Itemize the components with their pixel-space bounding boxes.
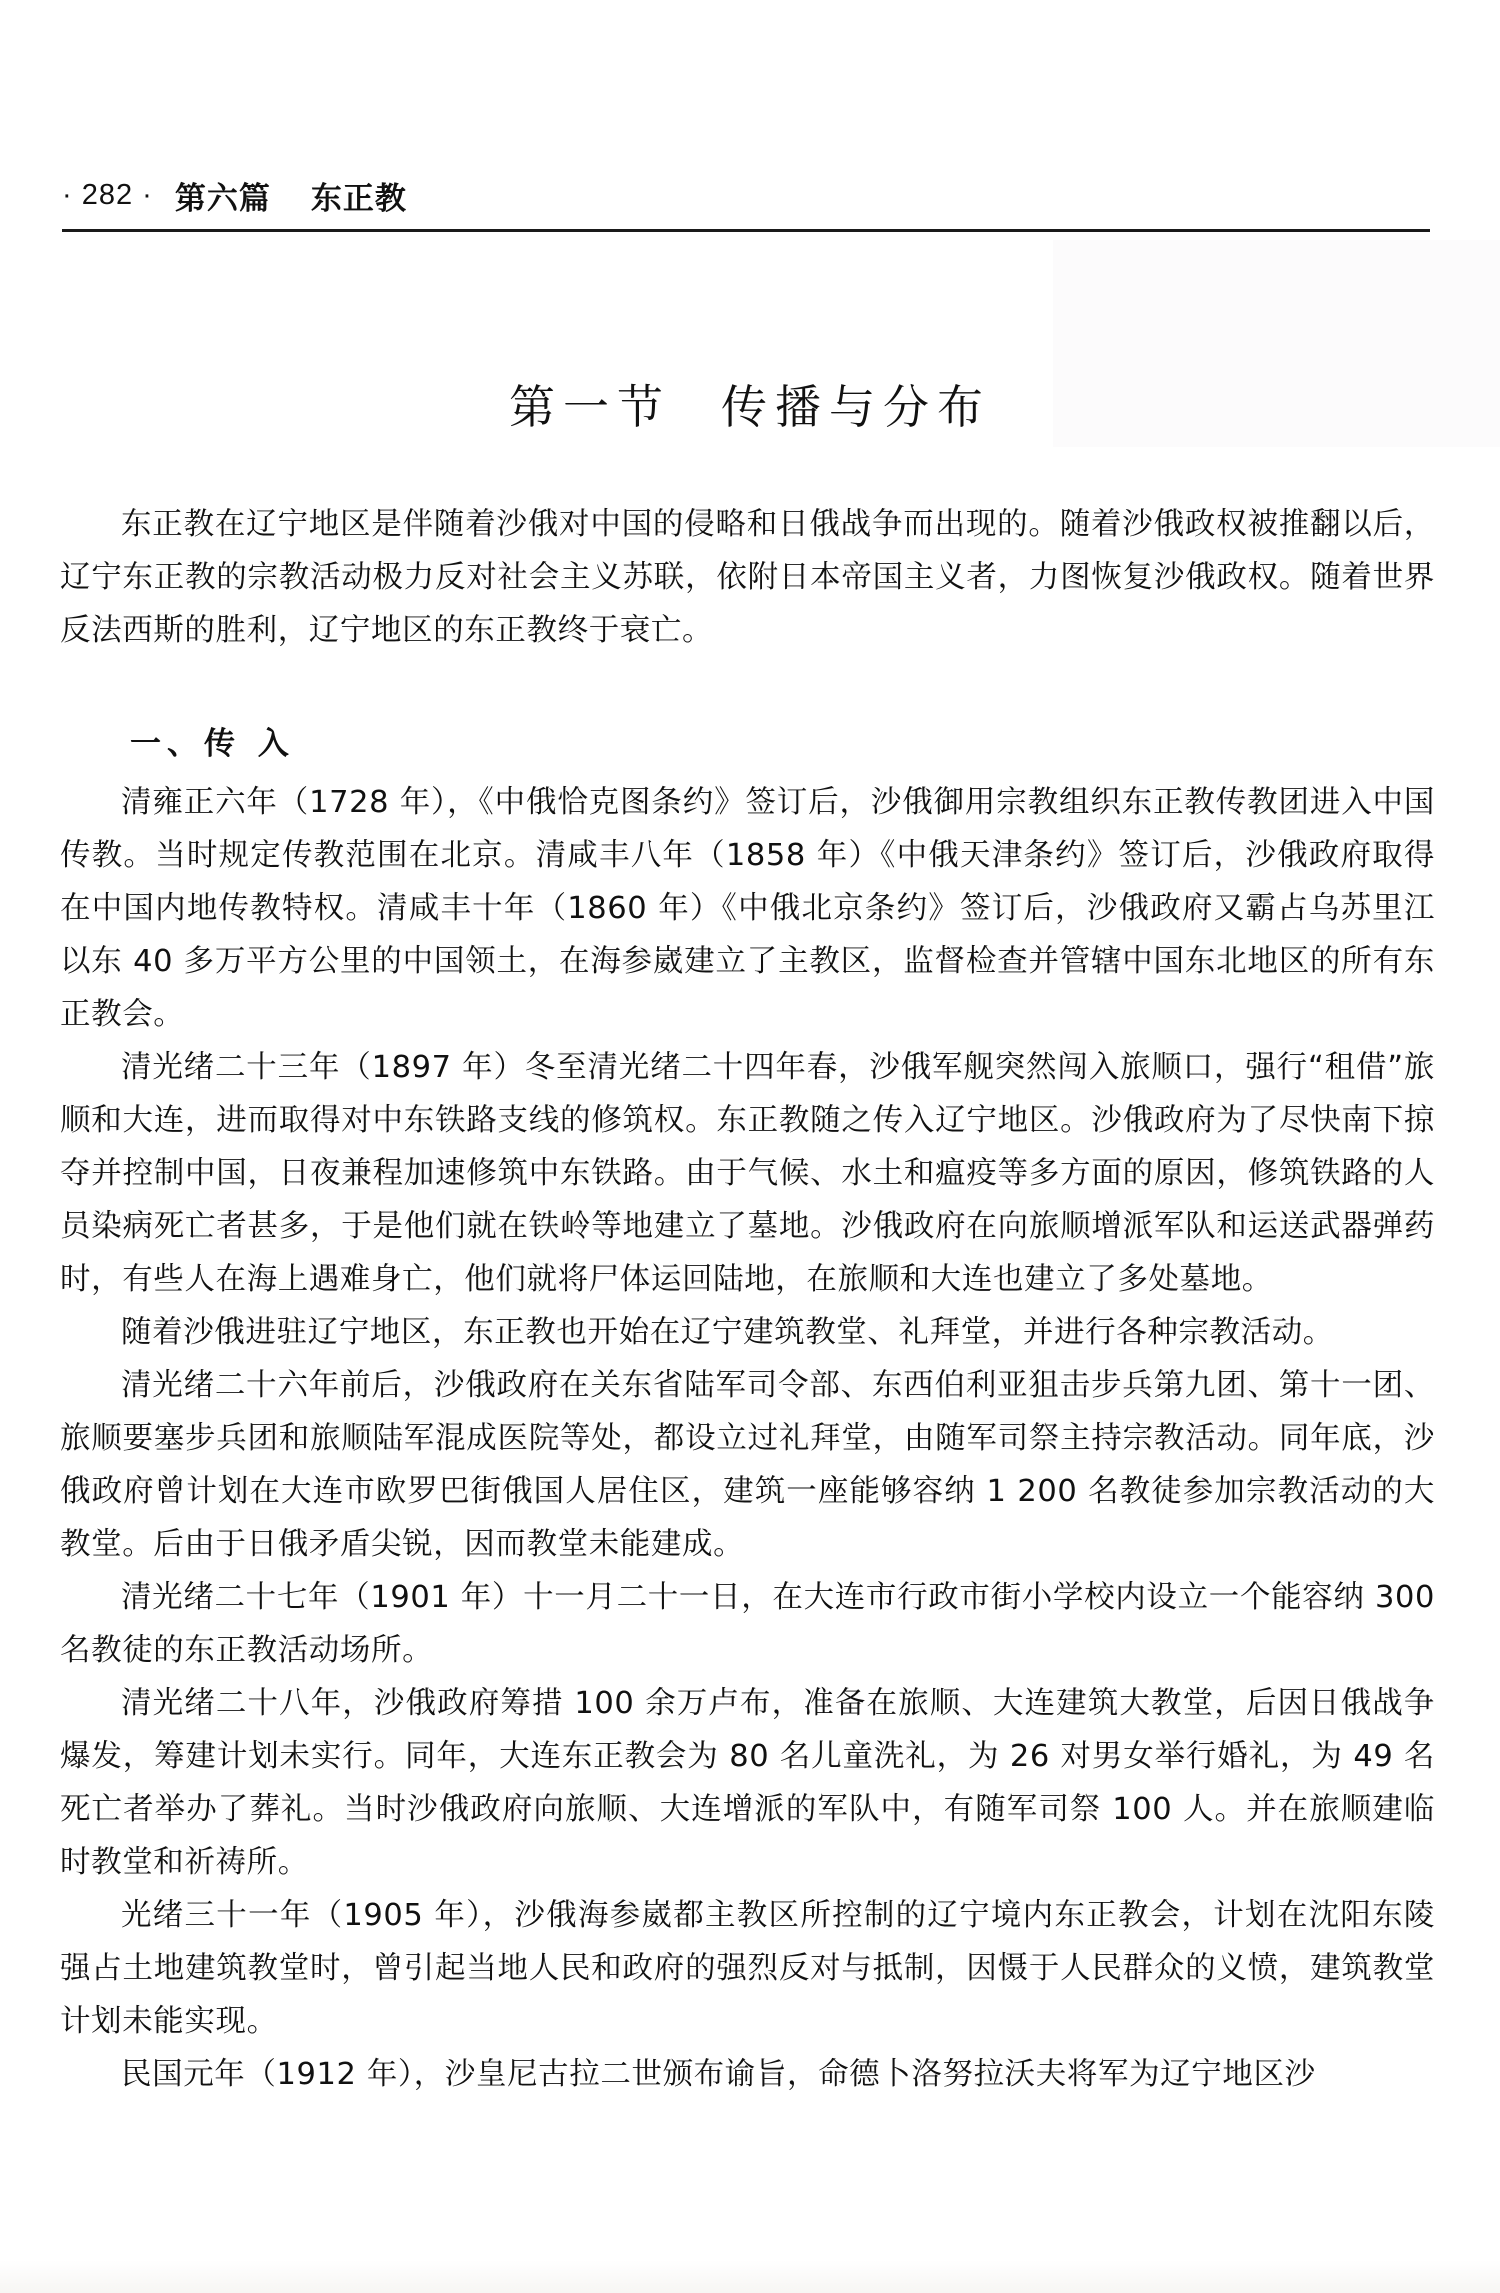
section-title: 第一节传播与分布 xyxy=(0,371,1500,437)
paragraph: 光绪三十一年（1905 年），沙俄海参崴都主教区所控制的辽宁境内东正教会，计划在… xyxy=(60,1889,1435,2048)
section-number: 第一节 xyxy=(509,380,671,434)
paragraph: 清光绪二十八年，沙俄政府筹措 100 余万卢布，准备在旅顺、大连建筑大教堂，后因… xyxy=(60,1677,1435,1889)
part-label: 第六篇 xyxy=(175,173,271,218)
paragraph: 清光绪二十七年（1901 年）十一月二十一日，在大连市行政市街小学校内设立一个能… xyxy=(60,1571,1435,1677)
paragraph: 清雍正六年（1728 年），《中俄恰克图条约》签订后，沙俄御用宗教组织东正教传教… xyxy=(60,776,1435,1041)
section-title-text: 传播与分布 xyxy=(721,380,991,434)
intro-text: 东正教在辽宁地区是伴随着沙俄对中国的侵略和日俄战争而出现的。随着沙俄政权被推翻以… xyxy=(60,498,1435,657)
paragraph: 随着沙俄进驻辽宁地区，东正教也开始在辽宁建筑教堂、礼拜堂，并进行各种宗教活动。 xyxy=(60,1306,1435,1359)
scan-bottom-edge xyxy=(0,2260,1500,2293)
paragraph: 民国元年（1912 年），沙皇尼古拉二世颁布谕旨，命德卜洛努拉沃夫将军为辽宁地区… xyxy=(60,2048,1435,2101)
body-text: 清雍正六年（1728 年），《中俄恰克图条约》签订后，沙俄御用宗教组织东正教传教… xyxy=(60,776,1435,2101)
paragraph: 清光绪二十三年（1897 年）冬至清光绪二十四年春，沙俄军舰突然闯入旅顺口，强行… xyxy=(60,1041,1435,1306)
part-title: 东正教 xyxy=(311,173,407,218)
running-header: · 282 · 第六篇 东正教 xyxy=(62,170,407,220)
subsection-heading: 一、传 入 xyxy=(130,718,295,763)
paragraph: 清光绪二十六年前后，沙俄政府在关东省陆军司令部、东西伯利亚狙击步兵第九团、第十一… xyxy=(60,1359,1435,1571)
header-rule xyxy=(62,229,1430,232)
intro-paragraph: 东正教在辽宁地区是伴随着沙俄对中国的侵略和日俄战争而出现的。随着沙俄政权被推翻以… xyxy=(60,498,1435,657)
page-number: · 282 · xyxy=(62,179,153,212)
